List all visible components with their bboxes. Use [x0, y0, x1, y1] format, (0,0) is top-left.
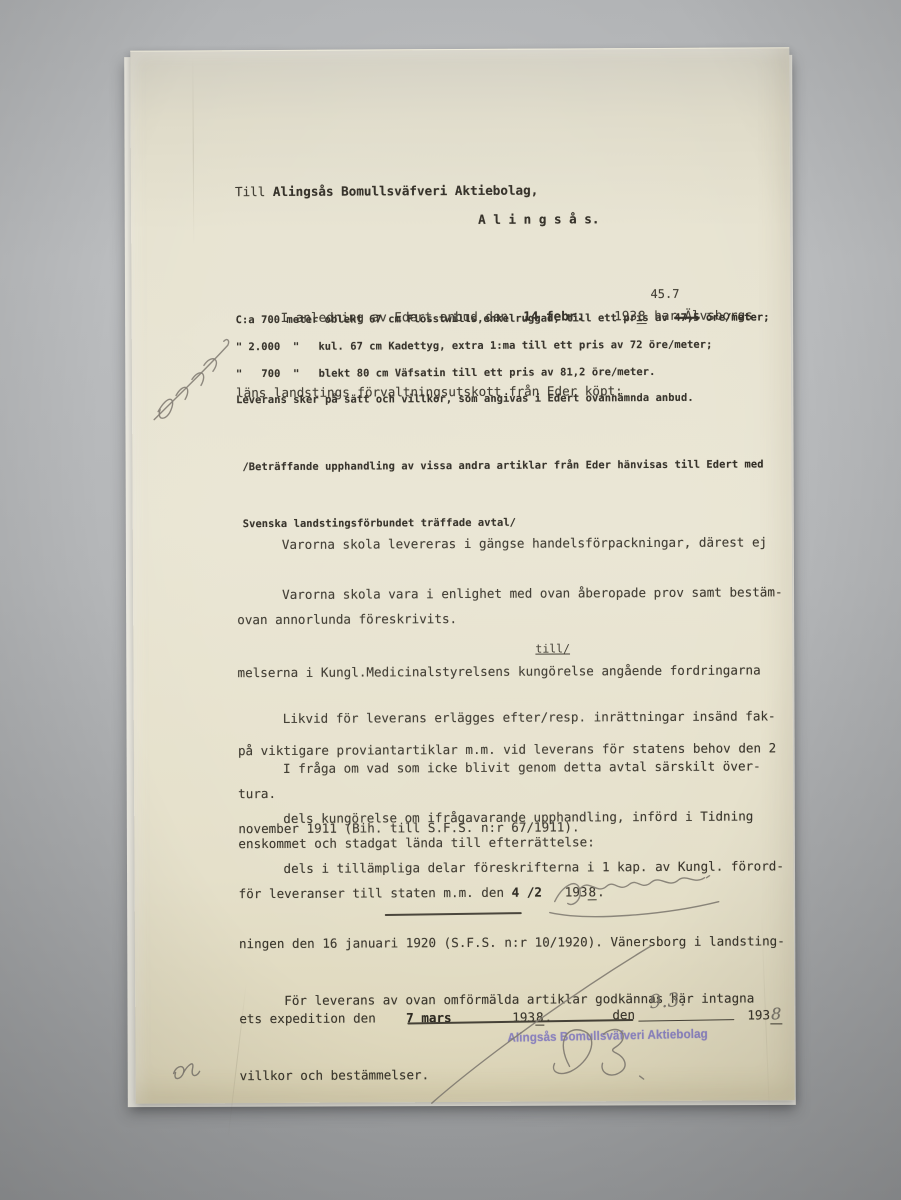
struck-price: 47,5 — [674, 312, 700, 324]
recipient-company: Alingsås Bomullsväfveri Aktiebolag, — [273, 183, 538, 199]
paper-crease — [192, 55, 194, 245]
pencil-initials-signature — [417, 934, 688, 1105]
margin-note-pencil — [140, 333, 247, 430]
item-line-2: " 2.000 " kul. 67 cm Kadettyg, extra 1:m… — [236, 333, 713, 360]
year-typed: 1938 — [747, 1001, 782, 1027]
corner-pencil-mark — [163, 1047, 211, 1087]
pencil-signature — [547, 869, 727, 922]
delivery-line: Leverans sker på sätt och villkor, som a… — [236, 386, 694, 413]
item-line-1: C:a 700 meter oblekt 67 cm Flosstwills,e… — [236, 305, 770, 333]
handwritten-year-digit: 8 — [770, 1004, 782, 1024]
price-correction: 45.7 — [650, 282, 679, 307]
recipient-city: A l i n g s å s. — [478, 206, 599, 232]
item-line-3: " 700 " blekt 80 cm Väfsatin till ett pr… — [236, 360, 656, 387]
bracket-note-line1: /Beträffande upphandling av vissa andra … — [242, 455, 763, 477]
recipient-line: Till Alingsås Bomullsväfveri Aktiebolag, — [235, 178, 538, 205]
photo-background: Till Alingsås Bomullsväfveri Aktiebolag,… — [0, 0, 901, 1200]
recipient-prefix: Till — [235, 184, 273, 199]
letter-page: Till Alingsås Bomullsväfveri Aktiebolag,… — [130, 47, 795, 1103]
